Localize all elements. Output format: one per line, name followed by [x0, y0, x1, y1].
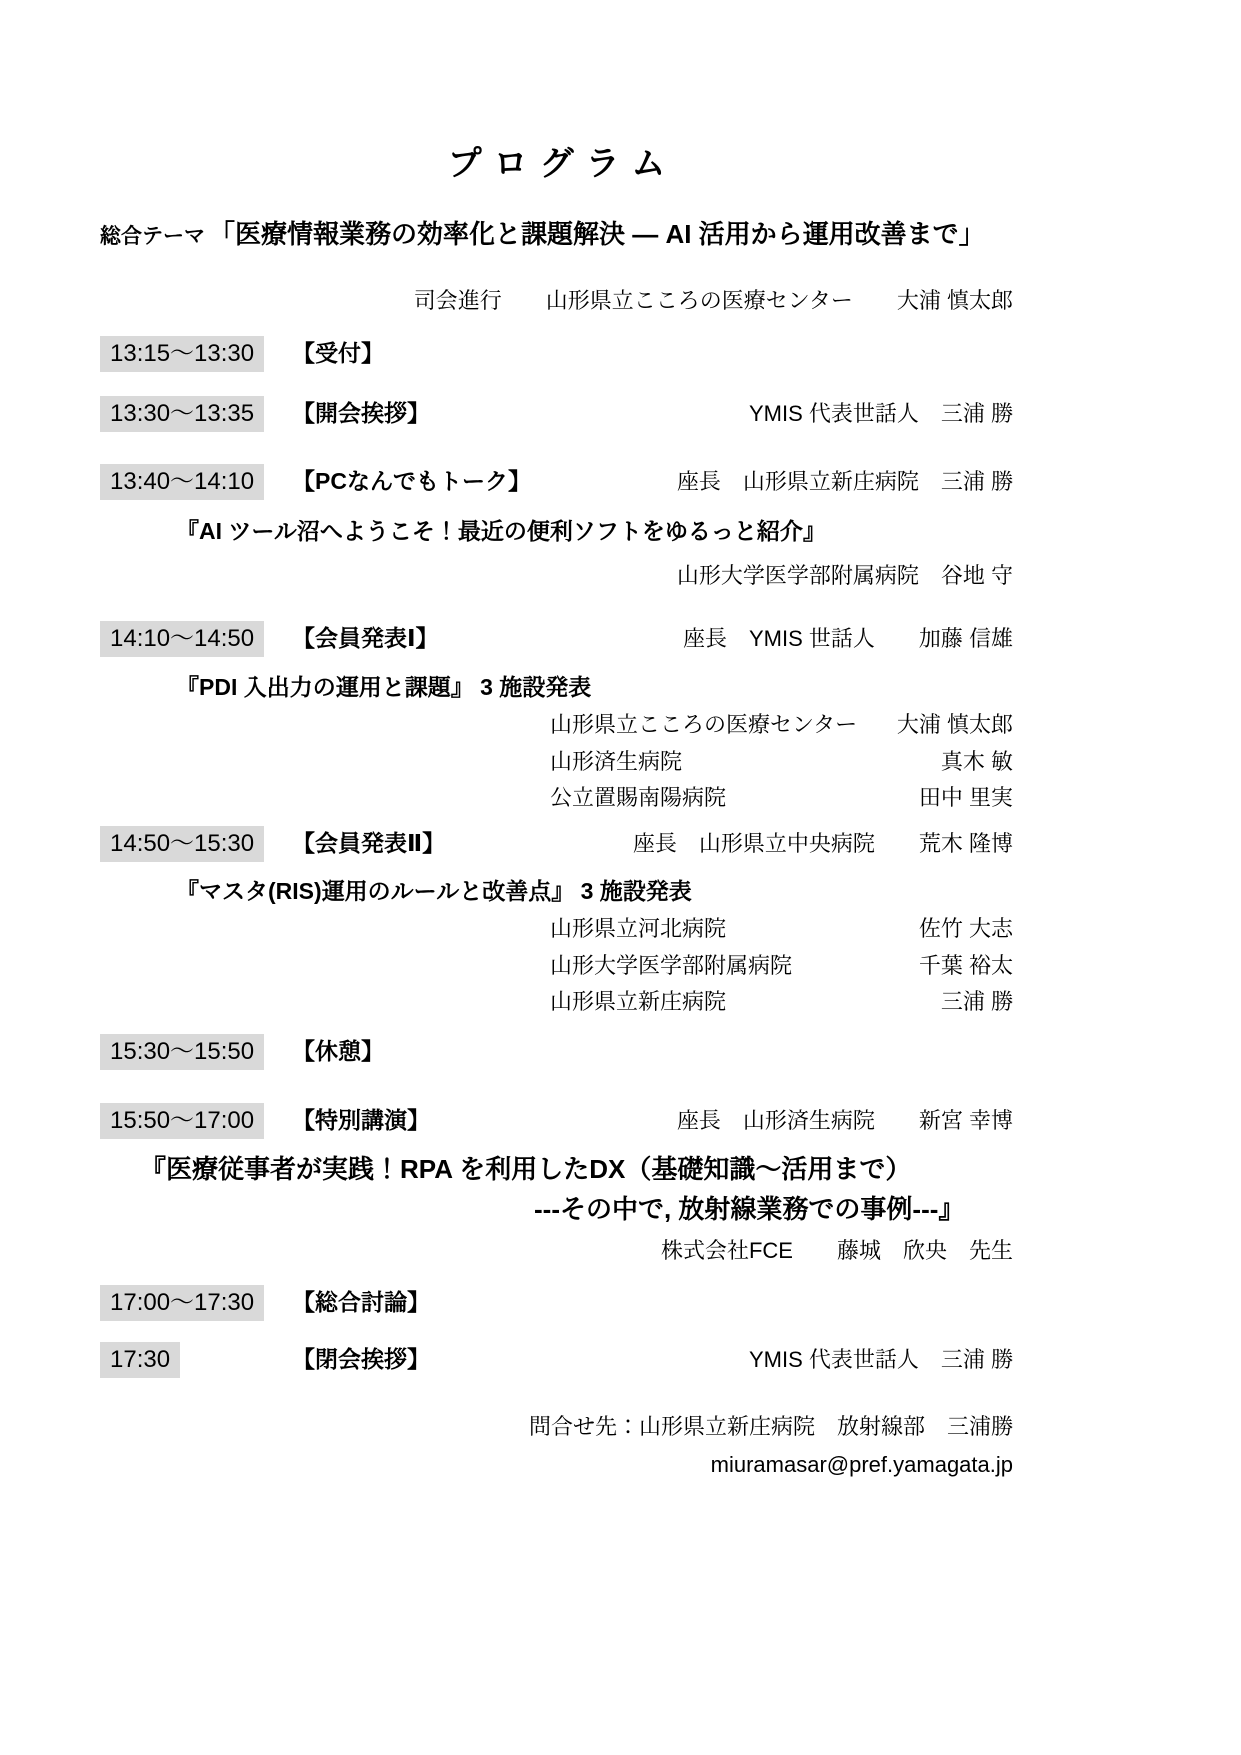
moderator-line: 司会進行 山形県立こころの医療センター 大浦 慎太郎 — [100, 283, 1013, 319]
presenter-name: 千葉 裕太 — [919, 948, 1013, 984]
chair-member1: 座長 YMIS 世話人 加藤 信雄 — [683, 621, 1013, 657]
chair-special: 座長 山形済生病院 新宮 幸博 — [677, 1103, 1013, 1139]
presenter-row: 山形大学医学部附属病院 千葉 裕太 — [100, 948, 1013, 984]
presenter-name: 三浦 勝 — [941, 984, 1013, 1020]
schedule-row-member2: 14:50～15:30 【会員発表Ⅱ】 座長 山形県立中央病院 荒木 隆博 — [100, 825, 1013, 865]
time-cell: 17:30 — [100, 1342, 292, 1381]
program-document-page: プログラム 総合テーマ 「医療情報業務の効率化と課題解決 ― AI 活用から運用… — [0, 0, 1241, 1755]
presenter-name: 佐竹 大志 — [919, 911, 1013, 947]
session-label-closing: 【閉会挨拶】 — [292, 1341, 430, 1377]
talk-title-special-line1: 『医療従事者が実践！RPA を利用したDX（基礎知識～活用まで） — [140, 1149, 1013, 1189]
schedule-row-special: 15:50～17:00 【特別講演】 座長 山形済生病院 新宮 幸博 — [100, 1102, 1013, 1142]
schedule-row-break: 15:30～15:50 【休憩】 — [100, 1033, 1013, 1073]
document-content: プログラム 総合テーマ 「医療情報業務の効率化と課題解決 ― AI 活用から運用… — [100, 0, 1013, 1483]
presenter-org: 山形大学医学部附属病院 — [550, 948, 792, 984]
presenter-row: 山形県立河北病院 佐竹 大志 — [100, 911, 1013, 947]
chair-opening: YMIS 代表世話人 三浦 勝 — [749, 396, 1013, 432]
schedule-row-discussion: 17:00～17:30 【総合討論】 — [100, 1284, 1013, 1324]
talk-title-pc-talk: 『AI ツール沼へようこそ！最近の便利ソフトをゆるっと紹介』 — [176, 513, 1013, 549]
talk-title-member2: 『マスタ(RIS)運用のルールと改善点』 3 施設発表 — [176, 873, 1013, 909]
time-badge: 15:30～15:50 — [100, 1034, 264, 1070]
session-label-pc-talk: 【PCなんでもトーク】 — [292, 463, 531, 499]
theme-line: 総合テーマ 「医療情報業務の効率化と課題解決 ― AI 活用から運用改善まで」 — [100, 214, 1013, 257]
presenter-org: 山形県立こころの医療センター — [550, 707, 857, 743]
time-cell: 17:00～17:30 — [100, 1285, 292, 1324]
time-badge: 13:40～14:10 — [100, 464, 264, 500]
time-cell: 13:40～14:10 — [100, 464, 292, 503]
session-label-member2: 【会員発表Ⅱ】 — [292, 825, 445, 861]
schedule-row-closing: 17:30 【閉会挨拶】 YMIS 代表世話人 三浦 勝 — [100, 1341, 1013, 1381]
session-label-member1: 【会員発表Ⅰ】 — [292, 620, 439, 656]
time-badge: 13:15～13:30 — [100, 336, 264, 372]
time-cell: 14:10～14:50 — [100, 621, 292, 660]
presenter-row: 山形県立こころの医療センター 大浦 慎太郎 — [100, 707, 1013, 743]
time-cell: 14:50～15:30 — [100, 826, 292, 865]
schedule-row-opening: 13:30～13:35 【開会挨拶】 YMIS 代表世話人 三浦 勝 — [100, 395, 1013, 435]
presenter-org: 山形済生病院 — [550, 744, 682, 780]
presenter-special: 株式会社FCE 藤城 欣央 先生 — [100, 1233, 1013, 1269]
chair-closing: YMIS 代表世話人 三浦 勝 — [749, 1342, 1013, 1378]
time-badge: 13:30～13:35 — [100, 396, 264, 432]
theme-text: 「医療情報業務の効率化と課題解決 ― AI 活用から運用改善まで」 — [209, 214, 985, 254]
time-badge: 17:30 — [100, 1342, 180, 1378]
presenter-row: 公立置賜南陽病院 田中 里実 — [100, 780, 1013, 816]
time-cell: 13:30～13:35 — [100, 396, 292, 435]
presenter-org: 山形県立新庄病院 — [550, 984, 726, 1020]
time-cell: 15:50～17:00 — [100, 1103, 292, 1142]
presenter-name: 大浦 慎太郎 — [897, 707, 1013, 743]
schedule-row-member1: 14:10～14:50 【会員発表Ⅰ】 座長 YMIS 世話人 加藤 信雄 — [100, 620, 1013, 660]
chair-member2: 座長 山形県立中央病院 荒木 隆博 — [633, 826, 1013, 862]
talk-title-member1: 『PDI 入出力の運用と課題』 3 施設発表 — [176, 669, 1013, 705]
schedule-row-pc-talk: 13:40～14:10 【PCなんでもトーク】 座長 山形県立新庄病院 三浦 勝 — [100, 463, 1013, 503]
presenter-row: 山形県立新庄病院 三浦 勝 — [100, 984, 1013, 1020]
session-label-special: 【特別講演】 — [292, 1102, 430, 1138]
schedule-row-reception: 13:15～13:30 【受付】 — [100, 335, 1013, 375]
session-label-break: 【休憩】 — [292, 1033, 384, 1069]
presenter-org: 山形県立河北病院 — [550, 911, 726, 947]
page-title: プログラム — [100, 140, 1013, 188]
chair-pc-talk: 座長 山形県立新庄病院 三浦 勝 — [677, 464, 1013, 500]
time-badge: 17:00～17:30 — [100, 1285, 264, 1321]
contact-line: 問合せ先：山形県立新庄病院 放射線部 三浦勝 — [100, 1409, 1013, 1445]
time-cell: 15:30～15:50 — [100, 1034, 292, 1073]
time-badge: 15:50～17:00 — [100, 1103, 264, 1139]
presenter-pc-talk: 山形大学医学部附属病院 谷地 守 — [100, 558, 1013, 594]
session-label-reception: 【受付】 — [292, 335, 384, 371]
session-label-opening: 【開会挨拶】 — [292, 395, 430, 431]
presenter-row: 山形済生病院 真木 敏 — [100, 744, 1013, 780]
contact-email: miuramasar@pref.yamagata.jp — [100, 1447, 1013, 1483]
presenter-name: 田中 里実 — [919, 780, 1013, 816]
presenter-name: 真木 敏 — [941, 744, 1013, 780]
talk-title-special-line2: ---その中で, 放射線業務での事例---』 — [534, 1189, 1013, 1229]
theme-label: 総合テーマ — [100, 217, 205, 257]
time-badge: 14:10～14:50 — [100, 621, 264, 657]
presenter-org: 公立置賜南陽病院 — [550, 780, 726, 816]
session-label-discussion: 【総合討論】 — [292, 1284, 430, 1320]
time-cell: 13:15～13:30 — [100, 336, 292, 375]
time-badge: 14:50～15:30 — [100, 826, 264, 862]
